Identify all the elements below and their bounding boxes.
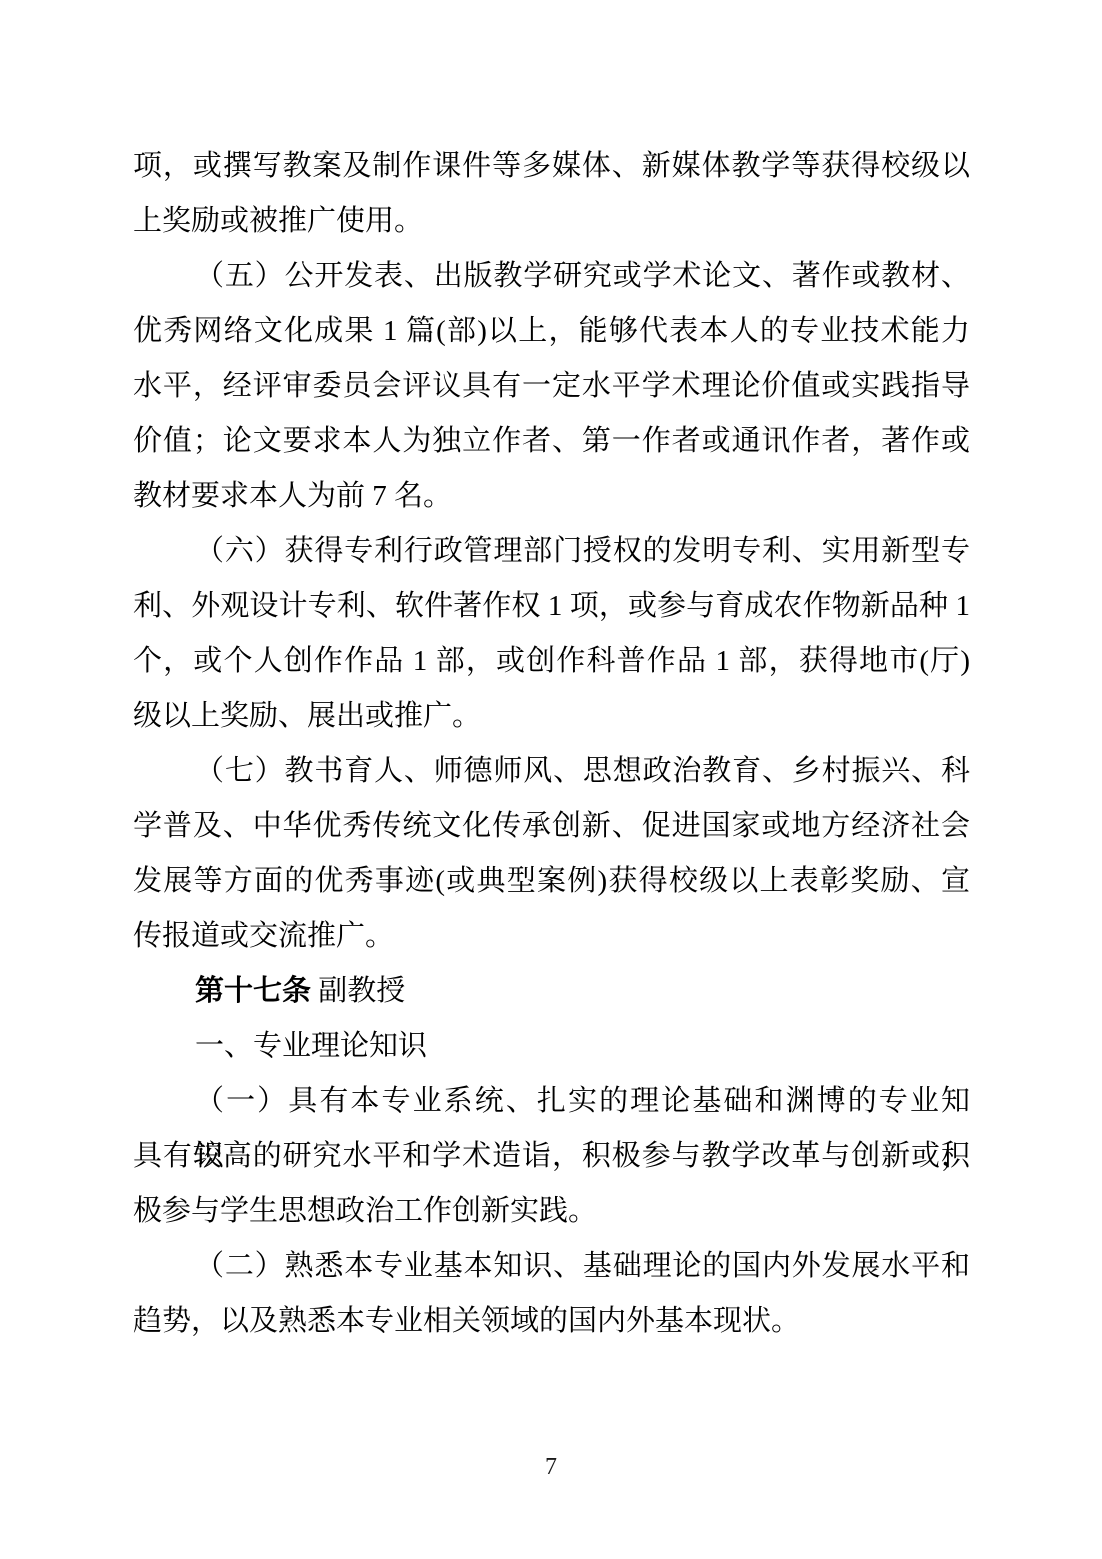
article-heading-line: 第十七条 副教授 xyxy=(133,964,970,1019)
article-heading-text: 副教授 xyxy=(311,975,405,1007)
text-line: 传报道或交流推广。 xyxy=(133,909,970,964)
text-line: 上奖励或被推广使用。 xyxy=(133,194,970,249)
text-line: （一）具有本专业系统、扎实的理论基础和渊博的专业知识， xyxy=(133,1074,970,1129)
text-line: 发展等方面的优秀事迹(或典型案例)获得校级以上表彰奖励、宣 xyxy=(133,854,970,909)
document-body: 项，或撰写教案及制作课件等多媒体、新媒体教学等获得校级以上奖励或被推广使用。（五… xyxy=(133,139,970,1349)
text-line: 具有较高的研究水平和学术造诣，积极参与教学改革与创新或积 xyxy=(133,1129,970,1184)
text-line: 价值；论文要求本人为独立作者、第一作者或通讯作者，著作或 xyxy=(133,414,970,469)
page-number: 7 xyxy=(0,1452,1102,1482)
text-line: （六）获得专利行政管理部门授权的发明专利、实用新型专 xyxy=(133,524,970,579)
text-line: 优秀网络文化成果 1 篇(部)以上，能够代表本人的专业技术能力 xyxy=(133,304,970,359)
text-line: （五）公开发表、出版教学研究或学术论文、著作或教材、 xyxy=(133,249,970,304)
text-line: 级以上奖励、展出或推广。 xyxy=(133,689,970,744)
document-page: 项，或撰写教案及制作课件等多媒体、新媒体教学等获得校级以上奖励或被推广使用。（五… xyxy=(0,0,1102,1559)
text-line: （七）教书育人、师德师风、思想政治教育、乡村振兴、科 xyxy=(133,744,970,799)
article-number-term: 第十七条 xyxy=(195,975,311,1007)
text-line: 利、外观设计专利、软件著作权 1 项，或参与育成农作物新品种 1 xyxy=(133,579,970,634)
text-line: 一、专业理论知识 xyxy=(133,1019,970,1074)
text-line: 水平，经评审委员会评议具有一定水平学术理论价值或实践指导 xyxy=(133,359,970,414)
text-line: 学普及、中华优秀传统文化传承创新、促进国家或地方经济社会 xyxy=(133,799,970,854)
text-line: 趋势，以及熟悉本专业相关领域的国内外基本现状。 xyxy=(133,1294,970,1349)
text-line: （二）熟悉本专业基本知识、基础理论的国内外发展水平和 xyxy=(133,1239,970,1294)
text-line: 个，或个人创作作品 1 部，或创作科普作品 1 部，获得地市(厅) xyxy=(133,634,970,689)
text-line: 极参与学生思想政治工作创新实践。 xyxy=(133,1184,970,1239)
text-line: 项，或撰写教案及制作课件等多媒体、新媒体教学等获得校级以 xyxy=(133,139,970,194)
text-line: 教材要求本人为前 7 名。 xyxy=(133,469,970,524)
